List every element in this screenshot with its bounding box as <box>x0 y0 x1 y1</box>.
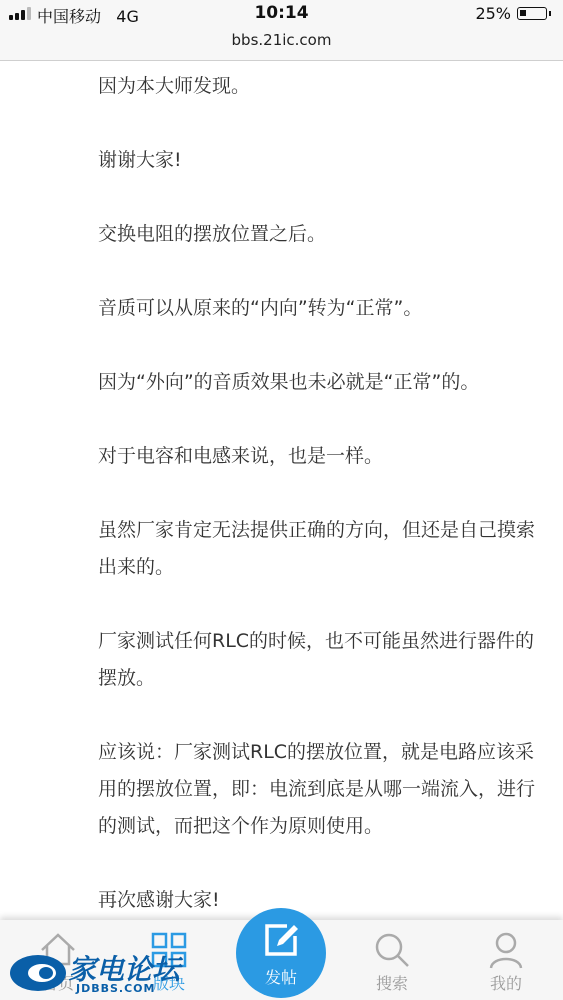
url-bar[interactable]: bbs.21ic.com <box>0 31 563 49</box>
paragraph: 对于电容和电感来说，也是一样。 <box>98 438 548 475</box>
paragraph: 虽然厂家肯定无法提供正确的方向，但还是自己摸索出来的。 <box>98 512 548 586</box>
paragraph: 厂家测试任何RLC的时候，也不可能虽然进行器件的摆放。 <box>98 623 548 697</box>
battery-percent: 25% <box>475 4 511 23</box>
paragraph: 谢谢大家! <box>98 142 548 179</box>
post-content: 因为本大师发现。 谢谢大家! 交换电阻的摆放位置之后。 音质可以从原来的“内向”… <box>0 60 563 920</box>
nav-search[interactable]: 搜索 <box>352 920 432 1000</box>
paragraph: 因为“外向”的音质效果也未必就是“正常”的。 <box>98 364 548 401</box>
new-post-button[interactable]: 发帖 <box>236 908 326 998</box>
paragraph: 应该说：厂家测试RLC的摆放位置，就是电路应该采用的摆放位置，即：电流到底是从哪… <box>98 734 548 845</box>
nav-me[interactable]: 我的 <box>466 920 546 1000</box>
paragraph: 再次感谢大家! <box>98 882 548 919</box>
status-bar: 中国移动 4G 10:14 25% bbs.21ic.com <box>0 0 563 61</box>
user-icon <box>486 930 526 970</box>
watermark-logo: 家电论坛 JDBBS.COM <box>8 948 68 1000</box>
nav-me-label: 我的 <box>466 971 546 994</box>
nav-search-label: 搜索 <box>352 971 432 994</box>
new-post-label: 发帖 <box>236 965 326 988</box>
logo-icon <box>8 948 68 998</box>
edit-icon <box>261 920 301 960</box>
paragraph: 交换电阻的摆放位置之后。 <box>98 216 548 253</box>
search-icon <box>372 930 412 970</box>
battery-icon <box>517 7 547 20</box>
paragraph: 音质可以从原来的“内向”转为“正常”。 <box>98 290 548 327</box>
paragraph: 因为本大师发现。 <box>98 68 548 105</box>
